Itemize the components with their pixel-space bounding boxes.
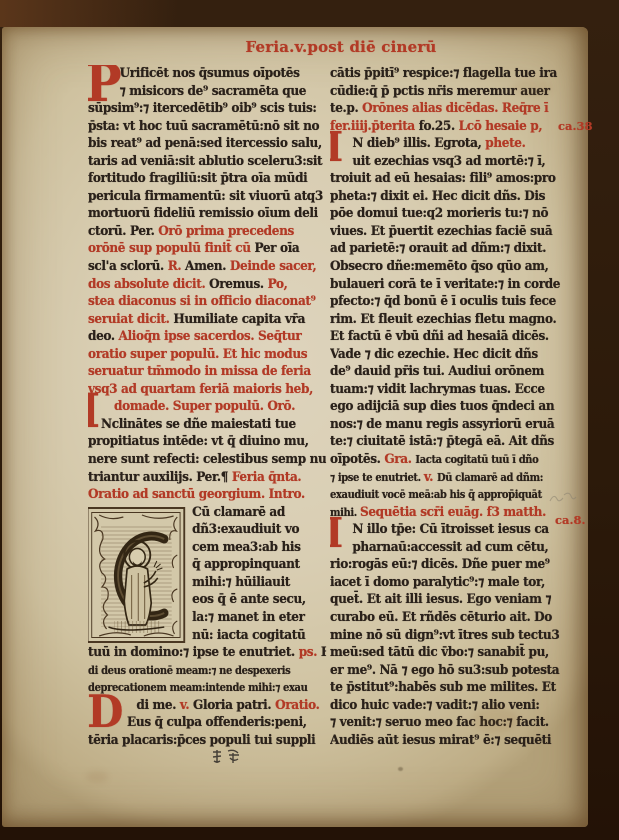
text-line: di me. v. Gloria patri. Oratio. xyxy=(88,697,326,715)
photo-background: { "colors":{"red_ink":"#b23a26","black_i… xyxy=(0,0,619,840)
text-line: dico huic vade:⁊ vadit:⁊ alio veni: xyxy=(330,697,570,715)
text-line: Eus q̄ culpa offenderis:peni, xyxy=(88,714,326,732)
text-line: te:⁊ ciuitatē istā:⁊ p̄tegā eā. Ait dñs xyxy=(330,433,570,451)
text-column-left: P I D xyxy=(88,65,326,755)
text-line: pheta:⁊ dixit ei. Hec dicit dñs. Dis xyxy=(330,188,570,206)
text-line: quet̄. Et ait illi iesus. Ego veniam ⁊ xyxy=(330,591,570,609)
text-line: viues. Et p̄uertit ezechias faciē suā xyxy=(330,223,570,241)
text-line: fer.iiij.p̄terita fo.25. Lcō hesaie p, xyxy=(330,118,570,136)
text-line: ctorū. Per. Orō prima precedens xyxy=(88,223,326,241)
text-line: ad parietē:⁊ orauit ad dñm:⁊ dixit. xyxy=(330,240,570,258)
text-line: fortitudo fragiliū:sit p̄tra oīa mūdi xyxy=(88,170,326,188)
text-line: deprecationem meam:intende mihi:⁊ exau xyxy=(88,679,326,697)
text-line: Audiēs aūt iesus mirat⁹ ē:⁊ sequēti xyxy=(330,732,570,750)
text-line: taris ad veniā:sit ablutio sceleru3:sit xyxy=(88,153,326,171)
text-line: dos absolute dicit. Oremus. Po, xyxy=(88,276,326,294)
text-line: scl'a sclorū. R. Amen. Deinde sacer, xyxy=(88,258,326,276)
text-line: domade. Super populū. Orō. xyxy=(88,398,326,416)
text-line: te.p. Orōnes alias dicēdas. Req̄re ī xyxy=(330,100,570,118)
drop-cap-P: P xyxy=(88,65,121,110)
text-line: Oratio ad sanctū georgium. Intro. xyxy=(88,486,326,504)
text-line: Et factū ē vbū dñi ad hesaiā dicēs. xyxy=(330,328,570,346)
text-line: curabo eū. Et rñdēs cēturio ait. Do xyxy=(330,609,570,627)
text-line: mortuorū fideliū remissio oīum deli xyxy=(88,205,326,223)
text-line: oratio super populū. Et hic modus xyxy=(88,346,326,364)
collector-ink-stamp-icon xyxy=(210,749,242,765)
text-line: bis reat⁹ ad penā:sed itercessio salu, xyxy=(88,135,326,153)
text-line: N illo tp̄e: Cū ītroisset iesus ca xyxy=(330,521,570,539)
drop-cap-I-in-illo: I xyxy=(330,513,343,554)
foxing-stain xyxy=(472,707,518,733)
manuscript-page: Feria.v.post diē cinerū P I D xyxy=(2,27,588,827)
text-line: exaudiuit vocē meā:ab his q̄ approp̄iquā… xyxy=(330,486,570,504)
running-title: Feria.v.post diē cinerū xyxy=(98,38,584,56)
ink-speck xyxy=(398,767,403,771)
text-line: nere sunt refecti: celestibus semp nu, xyxy=(88,451,326,469)
text-line: rio:rogās eū:⁊ dicēs. Dñe puer me⁹ xyxy=(330,556,570,574)
text-line: ⁊ ipse te enutriet. v. Dū clamarē ad dñm… xyxy=(330,469,570,487)
text-line: uit ezechias vsq3 ad mortē:⁊ ī, xyxy=(330,153,570,171)
text-line: ego adijciā sup dies tuos q̄ndeci an xyxy=(330,398,570,416)
text-line: er me⁹. Nā ⁊ ego hō su3:sub potesta xyxy=(330,662,570,680)
drop-cap-I-inclinantes: I xyxy=(88,388,100,435)
foxing-stain xyxy=(86,771,108,783)
handwritten-marginalia-icon xyxy=(548,487,578,509)
text-line: Nclinātes se dñe maiestati tue xyxy=(88,416,326,434)
text-line: triantur auxilijs. Per.¶ Feria q̄nta. xyxy=(88,469,326,487)
text-line: rim. Et fleuit ezechias fletu magno. xyxy=(330,311,570,329)
text-line: nos:⁊ de manu regis assyriorū eruā xyxy=(330,416,570,434)
text-line: pharnaū:accessit ad cum cētu, xyxy=(330,539,570,557)
text-line: p̄sta: vt hoc tuū sacramētū:nō sit no xyxy=(88,118,326,136)
text-line: orōnē sup populū finit̄ cū Per oīa xyxy=(88,240,326,258)
text-line: ⁊ venit:⁊ seruo meo fac hoc:⁊ facit. xyxy=(330,714,570,732)
text-line: iacet ī domo paralytic⁹:⁊ male tor, xyxy=(330,574,570,592)
text-line: tēria placaris:p̄ces populi tui suppli xyxy=(88,732,326,750)
text-line: propitiatus intēde: vt q̄ diuino mu, xyxy=(88,433,326,451)
text-line: meū:sed tātū dic v̄bo:⁊ sanabit̄ pu, xyxy=(330,644,570,662)
text-line: tuū in domino:⁊ ipse te enutriet. ps. Ex… xyxy=(88,644,326,662)
text-line: ⁊ misicors de⁹ sacramēta que xyxy=(88,83,326,101)
text-line: deo. Alioq̄n ipse sacerdos. Seq̄tur xyxy=(88,328,326,346)
text-line: pōe domui tue:q2 morieris tu:⁊ nō xyxy=(330,205,570,223)
text-line: sūpsim⁹:⁊ itercedētib⁹ oib⁹ scis tuis: xyxy=(88,100,326,118)
text-line: N dieb⁹ illis. Egrota, phete. xyxy=(330,135,570,153)
woodcut-initial-C-with-saint-icon xyxy=(88,505,187,645)
drop-cap-I-in-diebus: I xyxy=(330,127,343,168)
text-line: vsq3 ad quartam feriā maioris heb, xyxy=(88,381,326,399)
text-line: oīpotēs. Gra. Iacta cogitatū tuū ī dño xyxy=(330,451,570,469)
text-line: mihi. Sequētia scr̄i euāg. f3 matth. xyxy=(330,504,570,522)
text-column-right: I I cātis p̄pitī⁹ respice:⁊ flagella tue… xyxy=(330,65,570,755)
margin-note-chapter-38: ca.38 xyxy=(558,119,592,133)
drop-cap-D-deus: D xyxy=(88,689,123,734)
text-line: bulaueri corā te ī veritate:⁊ in corde xyxy=(330,276,570,294)
text-line: stea diaconus si in officio diaconat⁹ xyxy=(88,293,326,311)
foxing-stain xyxy=(512,79,552,97)
text-line: de⁹ dauid pr̄is tui. Audiui orōnem xyxy=(330,363,570,381)
text-line: tuam:⁊ vidit lachrymas tuas. Ecce xyxy=(330,381,570,399)
text-line: seruiat dicit. Humiliate capita vr̄a xyxy=(88,311,326,329)
text-line: mine nō sū dign⁹:vt ītres sub tectu3 xyxy=(330,627,570,645)
text-line: pericula firmamentū: sit viuorū atq3 xyxy=(88,188,326,206)
text-line: seruatur tm̄modo in missa de feria xyxy=(88,363,326,381)
text-line: troiuit ad eū hesaias: fili⁹ amos:pro xyxy=(330,170,570,188)
photo-light-leak xyxy=(0,0,180,27)
text-line: Obsecro dñe:memēto q̄so qūo am, xyxy=(330,258,570,276)
margin-note-chapter-8: ca.8. xyxy=(555,513,585,527)
text-line: Urificēt nos q̄sumus oīpotēs xyxy=(88,65,326,83)
text-line: di deus orationē meam:⁊ ne despexeris xyxy=(88,662,326,680)
text-line: pfecto:⁊ q̄d bonū ē ī oculis tuis fece xyxy=(330,293,570,311)
text-line: Vade ⁊ dic ezechie. Hec dicit dñs xyxy=(330,346,570,364)
text-line: te p̄stitut⁹:habēs sub me milites. Et xyxy=(330,679,570,697)
